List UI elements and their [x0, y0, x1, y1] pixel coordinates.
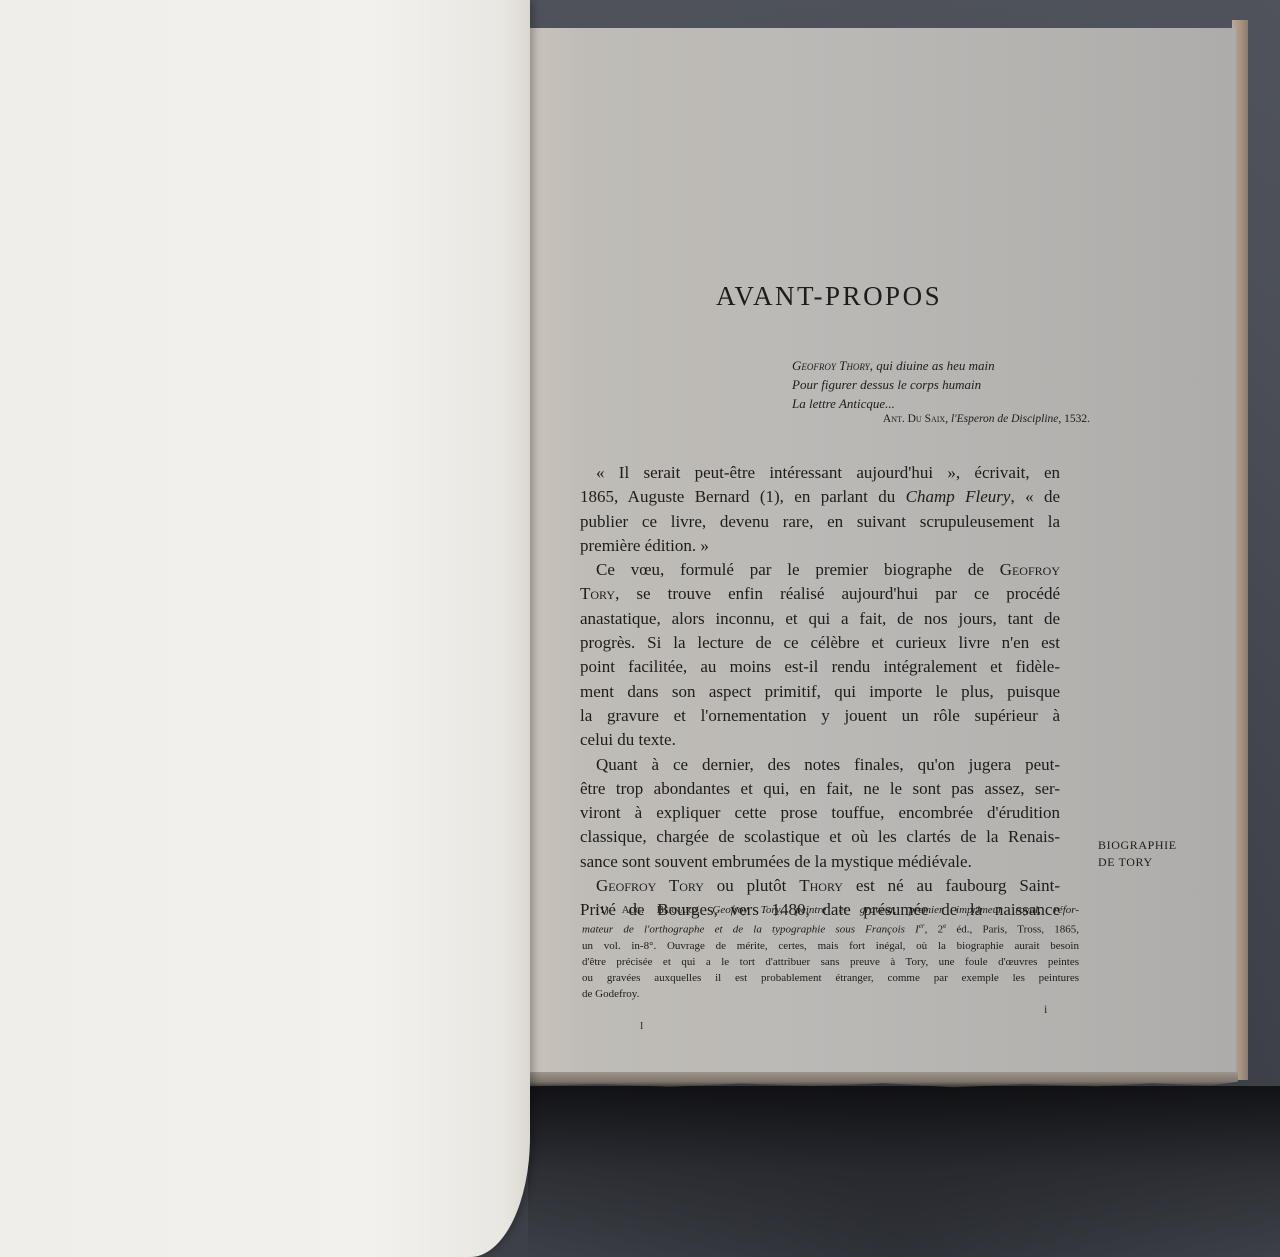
- body-text: « Il serait peut-être intéressant aujour…: [580, 461, 1060, 923]
- body-line: Geofroy Tory ou plutôt Thory est né au f…: [580, 874, 1060, 898]
- body-line: point facilitée, au moins est-il rendu i…: [580, 655, 1060, 679]
- page-title: AVANT-PROPOS: [716, 281, 942, 312]
- footnote-line: de Godefroy.: [582, 986, 1079, 1002]
- body-line: la gravure et l'ornementation y jouent u…: [580, 704, 1060, 728]
- footnote-line: (1) Aug. Bernard, Geofroy Tory, peintre …: [582, 902, 1079, 918]
- epigraph-line-1: Geofroy Thory, qui diuine as heu main: [792, 356, 1092, 375]
- body-line: 1865, Auguste Bernard (1), en parlant du…: [580, 485, 1060, 509]
- epigraph-line-2: Pour figurer dessus le corps humain: [792, 375, 1092, 394]
- footnote-line: un vol. in-8°. Ouvrage de mérite, certes…: [582, 938, 1079, 954]
- footnote-line: d'être précisée et qui a le tort d'attri…: [582, 954, 1079, 970]
- epigraph-line-3: La lettre Anticque...: [792, 394, 1092, 413]
- signature-mark: I: [640, 1021, 643, 1032]
- body-line: sance sont souvent embrumées de la mysti…: [580, 850, 1060, 874]
- body-line: viront à expliquer cette prose touffue, …: [580, 801, 1060, 825]
- body-line: classique, chargée de scolastique et où …: [580, 825, 1060, 849]
- body-line: publier ce livre, devenu rare, en suivan…: [580, 510, 1060, 534]
- epigraph: Geofroy Thory, qui diuine as heu main Po…: [792, 356, 1092, 413]
- body-line: Quant à ce dernier, des notes finales, q…: [580, 753, 1060, 777]
- body-line: celui du texte.: [580, 728, 1060, 752]
- footnote: (1) Aug. Bernard, Geofroy Tory, peintre …: [582, 902, 1079, 1002]
- body-line: anastatique, alors inconnu, et qui a fai…: [580, 607, 1060, 631]
- right-page-content: AVANT-PROPOS Geofroy Thory, qui diuine a…: [0, 0, 1280, 1257]
- body-line: être trop abondantes et qui, en fait, ne…: [580, 777, 1060, 801]
- body-line: progrès. Si la lecture de ce célèbre et …: [580, 631, 1060, 655]
- margin-note: Biographie de Tory: [1098, 837, 1177, 871]
- footnote-line: ou gravées auxquelles il est probablemen…: [582, 970, 1079, 986]
- footnote-line: mateur de l'orthographe et de la typogra…: [582, 918, 1079, 938]
- page-number: i: [1044, 1002, 1047, 1017]
- body-line: ment dans son aspect primitif, qui impor…: [580, 680, 1060, 704]
- body-line: Tory, se trouve enfin réalisé aujourd'hu…: [580, 582, 1060, 606]
- body-line: première édition. »: [580, 534, 1060, 558]
- body-line: Ce vœu, formulé par le premier biographe…: [580, 558, 1060, 582]
- epigraph-attribution: Ant. Du Saix, l'Esperon de Discipline, 1…: [820, 413, 1090, 425]
- body-line: « Il serait peut-être intéressant aujour…: [580, 461, 1060, 485]
